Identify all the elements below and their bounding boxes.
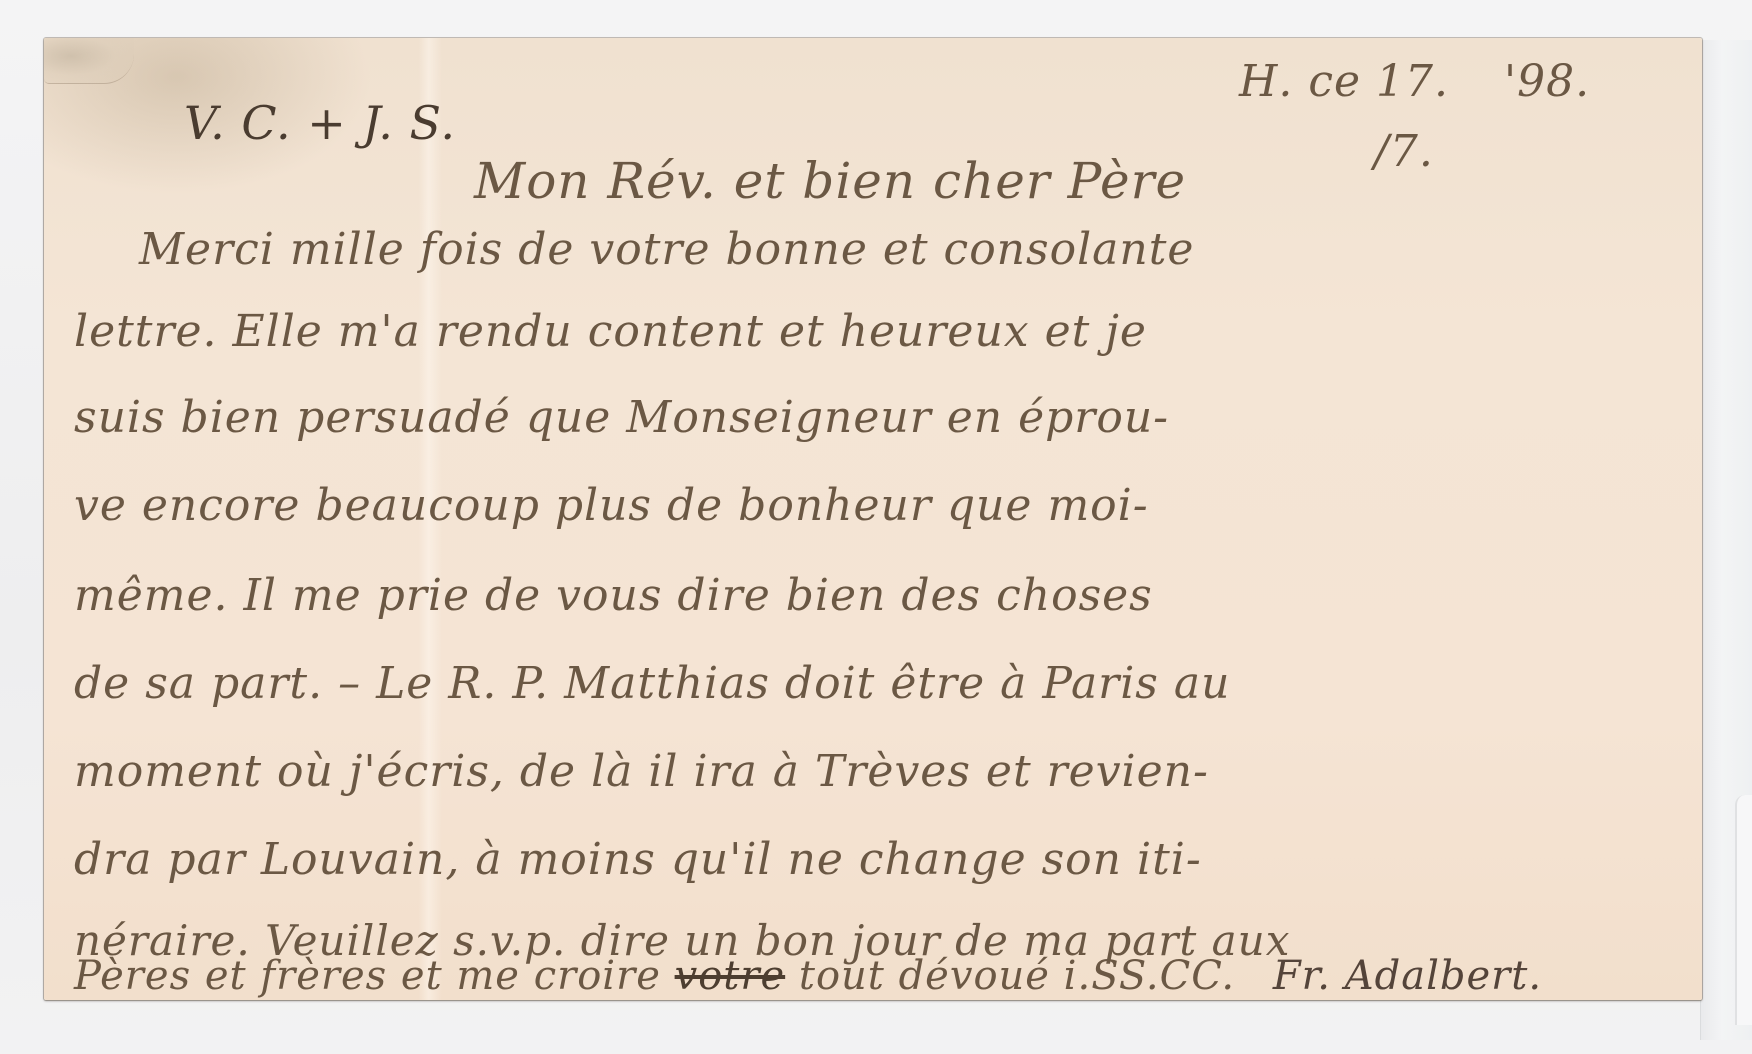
- body-line-3: suis bien persuadé que Monseigneur en ép…: [74, 396, 1169, 440]
- date-place-day: H. ce 17.: [1239, 56, 1449, 107]
- scanned-image: V. C. + J. S. H. ce 17. '98. /7. Mon Rév…: [0, 0, 1752, 1054]
- body-line-1: Merci mille fois de votre bonne et conso…: [139, 228, 1194, 272]
- postcard: V. C. + J. S. H. ce 17. '98. /7. Mon Rév…: [44, 38, 1702, 1000]
- date-year: '98.: [1504, 56, 1590, 107]
- salutation: Mon Rév. et bien cher Père: [474, 156, 1186, 206]
- body-line-4: ve encore beaucoup plus de bonheur que m…: [74, 484, 1149, 528]
- body-line-2: lettre. Elle m'a rendu content et heureu…: [74, 310, 1147, 354]
- body-line-7: moment où j'écris, de là il ira à Trèves…: [74, 750, 1209, 794]
- struck-word: votre: [675, 953, 786, 999]
- corner-stain: [44, 38, 134, 84]
- closing-text: Pères et frères et me croire: [74, 953, 675, 999]
- closing-line: Pères et frères et me croire votre tout …: [74, 956, 1542, 996]
- body-line-6: de sa part. – Le R. P. Matthias doit êtr…: [74, 662, 1230, 706]
- body-line-8: dra par Louvain, à moins qu'il ne change…: [74, 838, 1202, 882]
- closing-text-end: tout dévoué i.SS.CC.: [785, 953, 1235, 999]
- invocation-header: V. C. + J. S.: [184, 100, 456, 146]
- body-line-5: même. Il me prie de vous dire bien des c…: [74, 574, 1153, 618]
- date-header: H. ce 17. '98.: [1239, 60, 1590, 104]
- date-month: /7.: [1374, 130, 1434, 174]
- sleeve-tab: [1735, 795, 1752, 1025]
- signature: Fr. Adalbert.: [1273, 953, 1542, 999]
